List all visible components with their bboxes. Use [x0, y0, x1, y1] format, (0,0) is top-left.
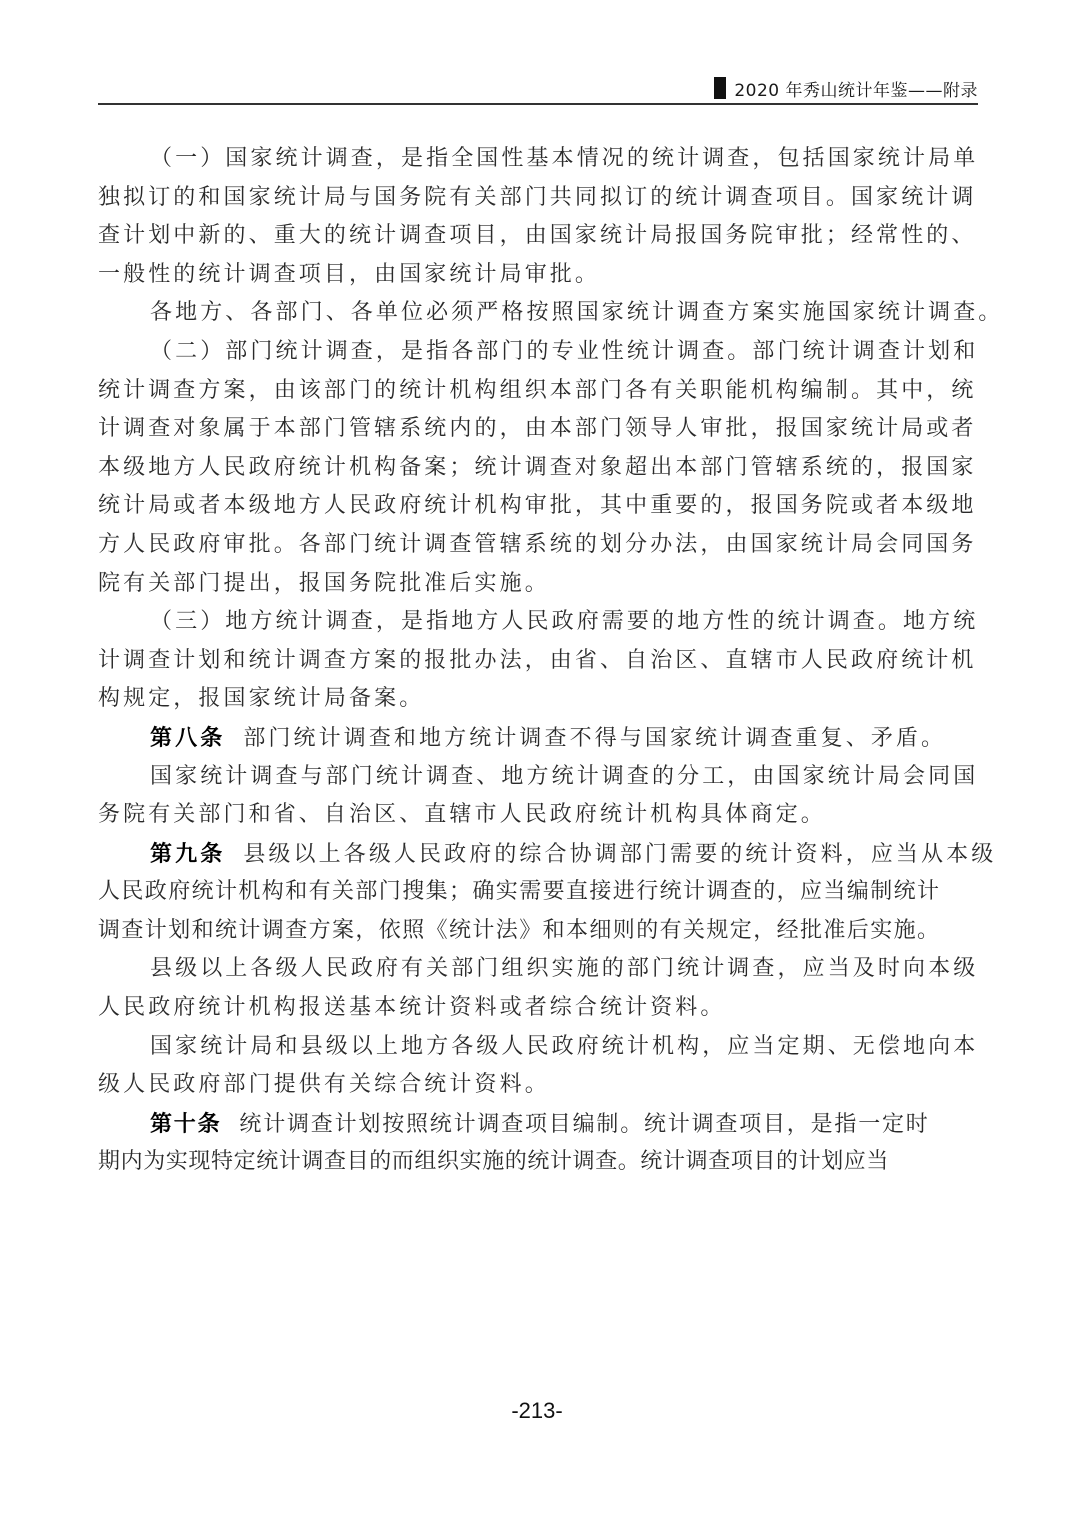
- text-span: 统计调查计划按照统计调查项目编制。统计调查项目，是指一定时: [239, 1112, 929, 1137]
- article-line: 第十条统计调查计划按照统计调查项目编制。统计调查项目，是指一定时: [98, 1105, 978, 1144]
- document-body: （一）国家统计调查，是指全国性基本情况的统计调查，包括国家统计局单 独拟订的和国…: [98, 140, 978, 1182]
- text-line: 调查计划和统计调查方案，依照《统计法》和本细则的有关规定，经批准后实施。: [98, 912, 978, 951]
- text-line: 人民政府统计机构报送基本统计资料或者综合统计资料。: [98, 989, 978, 1028]
- text-line: （一）国家统计调查，是指全国性基本情况的统计调查，包括国家统计局单: [98, 140, 978, 179]
- text-line: 人民政府统计机构和有关部门搜集；确实需要直接进行统计调查的，应当编制统计: [98, 873, 978, 912]
- article-heading: 第八条: [150, 725, 225, 751]
- text-line: 院有关部门提出，报国务院批准后实施。: [98, 565, 978, 604]
- article-heading: 第十条: [150, 1111, 221, 1137]
- header-title: 2020 年秀山统计年鉴——附录: [734, 76, 978, 101]
- text-line: 国家统计调查与部门统计调查、地方统计调查的分工，由国家统计局会同国: [98, 758, 978, 797]
- text-span: 县级以上各级人民政府的综合协调部门需要的统计资料，应当从本级: [243, 842, 996, 867]
- text-line: 国家统计局和县级以上地方各级人民政府统计机构，应当定期、无偿地向本: [98, 1028, 978, 1067]
- text-line: 级人民政府部门提供有关综合统计资料。: [98, 1066, 978, 1105]
- running-header: 2020 年秀山统计年鉴——附录: [98, 74, 978, 102]
- article-heading: 第九条: [150, 841, 225, 867]
- text-line: 务院有关部门和省、自治区、直辖市人民政府统计机构具体商定。: [98, 796, 978, 835]
- text-line: 一般性的统计调查项目，由国家统计局审批。: [98, 256, 978, 295]
- header-marker-block: [714, 77, 726, 99]
- text-line: 查计划中新的、重大的统计调查项目，由国家统计局报国务院审批；经常性的、: [98, 217, 978, 256]
- page-number: -213-: [0, 1398, 1074, 1424]
- text-line: 统计调查方案，由该部门的统计机构组织本部门各有关职能机构编制。其中，统: [98, 372, 978, 411]
- article-line: 第八条部门统计调查和地方统计调查不得与国家统计调查重复、矛盾。: [98, 719, 978, 758]
- text-span: 部门统计调查和地方统计调查不得与国家统计调查重复、矛盾。: [243, 726, 946, 751]
- text-line: 县级以上各级人民政府有关部门组织实施的部门统计调查，应当及时向本级: [98, 950, 978, 989]
- text-line: 统计局或者本级地方人民政府统计机构审批，其中重要的，报国务院或者本级地: [98, 487, 978, 526]
- text-line: 本级地方人民政府统计机构备案；统计调查对象超出本部门管辖系统的，报国家: [98, 449, 978, 488]
- text-line: 独拟订的和国家统计局与国务院有关部门共同拟订的统计调查项目。国家统计调: [98, 179, 978, 218]
- text-line: 期内为实现特定统计调查目的而组织实施的统计调查。统计调查项目的计划应当: [98, 1143, 978, 1182]
- text-line: 方人民政府审批。各部门统计调查管辖系统的划分办法，由国家统计局会同国务: [98, 526, 978, 565]
- text-line: （三）地方统计调查，是指地方人民政府需要的地方性的统计调查。地方统: [98, 603, 978, 642]
- text-line: （二）部门统计调查，是指各部门的专业性统计调查。部门统计调查计划和: [98, 333, 978, 372]
- text-line: 各地方、各部门、各单位必须严格按照国家统计调查方案实施国家统计调查。: [98, 294, 978, 333]
- article-line: 第九条县级以上各级人民政府的综合协调部门需要的统计资料，应当从本级: [98, 835, 978, 874]
- text-line: 构规定，报国家统计局备案。: [98, 680, 978, 719]
- text-line: 计调查对象属于本部门管辖系统内的，由本部门领导人审批，报国家统计局或者: [98, 410, 978, 449]
- header-rule: [98, 103, 978, 105]
- text-line: 计调查计划和统计调查方案的报批办法，由省、自治区、直辖市人民政府统计机: [98, 642, 978, 681]
